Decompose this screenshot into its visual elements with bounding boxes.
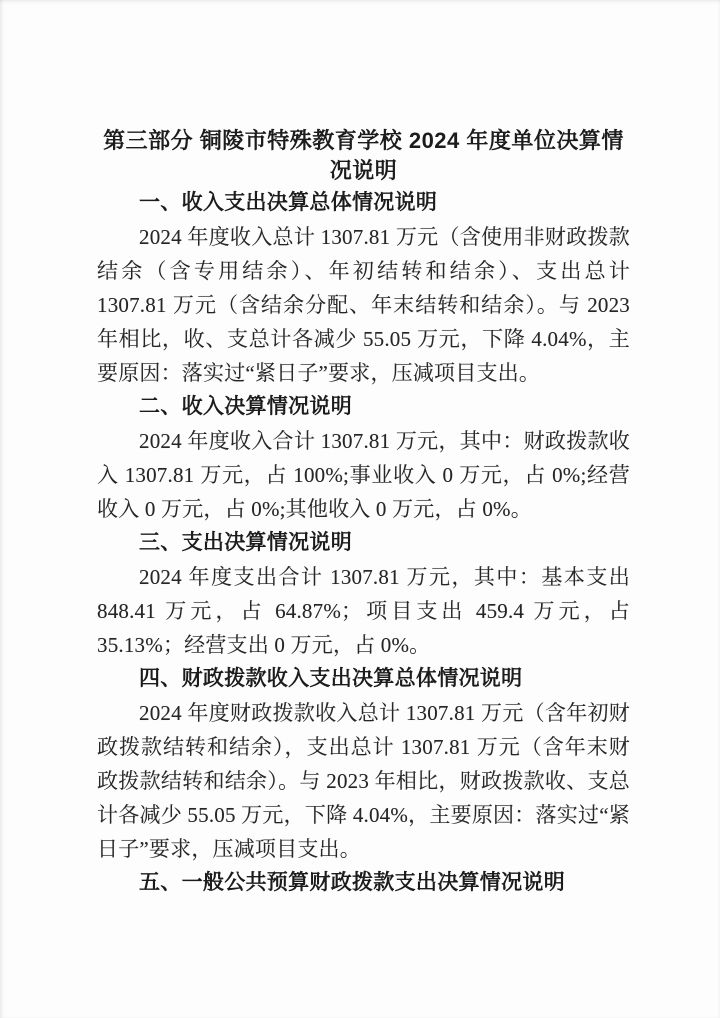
document-content: 第三部分 铜陵市特殊教育学校 2024 年度单位决算情况说明 一、收入支出决算总… [97, 126, 630, 900]
section-heading-fiscal-appropriation-overview: 四、财政拨款收入支出决算总体情况说明 [97, 662, 630, 696]
document-page: 第三部分 铜陵市特殊教育学校 2024 年度单位决算情况说明 一、收入支出决算总… [0, 0, 720, 1018]
section-paragraph: 2024 年度财政拨款收入总计 1307.81 万元（含年初财政拨款结转和结余）… [97, 696, 630, 866]
document-title: 第三部分 铜陵市特殊教育学校 2024 年度单位决算情况说明 [97, 126, 630, 186]
section-heading-general-public-budget-expenditure: 五、一般公共预算财政拨款支出决算情况说明 [97, 866, 630, 900]
section-heading-income-expenditure-overview: 一、收入支出决算总体情况说明 [97, 186, 630, 220]
section-paragraph: 2024 年度收入总计 1307.81 万元（含使用非财政拨款结余（含专用结余）… [97, 220, 630, 390]
section-heading-expenditure-details: 三、支出决算情况说明 [97, 526, 630, 560]
section-paragraph: 2024 年度收入合计 1307.81 万元，其中：财政拨款收入 1307.81… [97, 424, 630, 526]
section-paragraph: 2024 年度支出合计 1307.81 万元，其中：基本支出 848.41 万元… [97, 560, 630, 662]
section-heading-income-details: 二、收入决算情况说明 [97, 390, 630, 424]
